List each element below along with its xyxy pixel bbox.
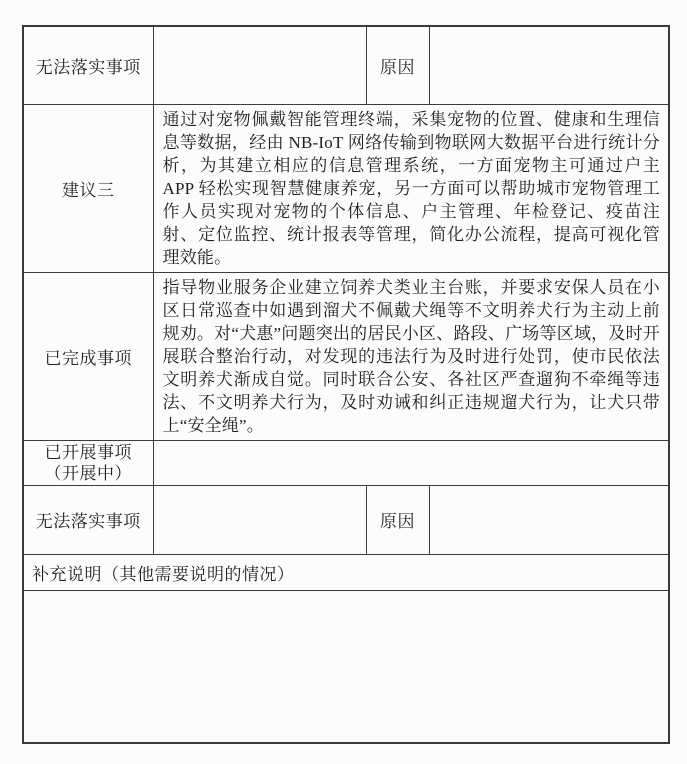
reason-label-cell: 原因: [366, 26, 429, 104]
suggestion-three-content-cell: 通过对宠物佩戴智能管理终端，采集宠物的位置、健康和生理信息等数据，经由 NB-I…: [153, 104, 669, 272]
supplementary-notes-body-cell: [23, 590, 669, 743]
unrealized-items-2-label: 无法落实事项: [23, 485, 153, 554]
unrealized-items-2-label-text: 无法落实事项: [36, 512, 141, 531]
reason-2-label-cell: 原因: [366, 485, 429, 554]
unrealized-items-value-cell: [153, 26, 366, 104]
scanned-document-page: { "page": { "background": "#fcfcfc", "bo…: [0, 0, 687, 764]
completed-items-label-text: 已完成事项: [45, 349, 133, 368]
reason-2-value-cell: [429, 485, 669, 554]
completed-items-content-cell: 指导物业服务企业建立饲养犬类业主台账，并要求安保人员在小区日常巡查中如遇到溜犬不…: [153, 272, 669, 440]
supplementary-notes-label-text: 补充说明（其他需要说明的情况）: [32, 565, 295, 584]
row-supplementary-notes-header: 补充说明（其他需要说明的情况）: [23, 554, 669, 590]
suggestion-three-content-text: 通过对宠物佩戴智能管理终端，采集宠物的位置、健康和生理信息等数据，经由 NB-I…: [163, 110, 661, 267]
reason-2-label-text: 原因: [380, 512, 415, 531]
row-supplementary-notes-body: [23, 590, 669, 743]
row-unrealized-items-2: 无法落实事项 原因: [23, 485, 669, 554]
ongoing-items-content-cell: [153, 440, 669, 485]
row-suggestion-three: 建议三 通过对宠物佩戴智能管理终端，采集宠物的位置、健康和生理信息等数据，经由 …: [23, 104, 669, 272]
supplementary-notes-label-cell: 补充说明（其他需要说明的情况）: [23, 554, 669, 590]
suggestion-three-label-cell: 建议三: [23, 104, 153, 272]
feedback-form-table: 无法落实事项 原因 建议三 通过对宠物佩戴智能管理终端，采集宠物的位置、健康和生…: [22, 25, 670, 744]
reason-label-text: 原因: [380, 58, 415, 77]
row-ongoing-items: 已开展事项 （开展中）: [23, 440, 669, 485]
reason-value-cell: [429, 26, 669, 104]
completed-items-label-cell: 已完成事项: [23, 272, 153, 440]
row-unrealized-items-1: 无法落实事项 原因: [23, 26, 669, 104]
completed-items-content-text: 指导物业服务企业建立饲养犬类业主台账，并要求安保人员在小区日常巡查中如遇到溜犬不…: [163, 278, 661, 435]
suggestion-three-label-text: 建议三: [62, 181, 115, 200]
unrealized-items-label: 无法落实事项: [23, 26, 153, 104]
unrealized-items-label-text: 无法落实事项: [36, 58, 141, 77]
ongoing-items-label-cell: 已开展事项 （开展中）: [23, 440, 153, 485]
ongoing-items-label-line2: （开展中）: [26, 463, 151, 484]
ongoing-items-label-line1: 已开展事项: [26, 442, 151, 463]
unrealized-items-2-value-cell: [153, 485, 366, 554]
row-completed-items: 已完成事项 指导物业服务企业建立饲养犬类业主台账，并要求安保人员在小区日常巡查中…: [23, 272, 669, 440]
